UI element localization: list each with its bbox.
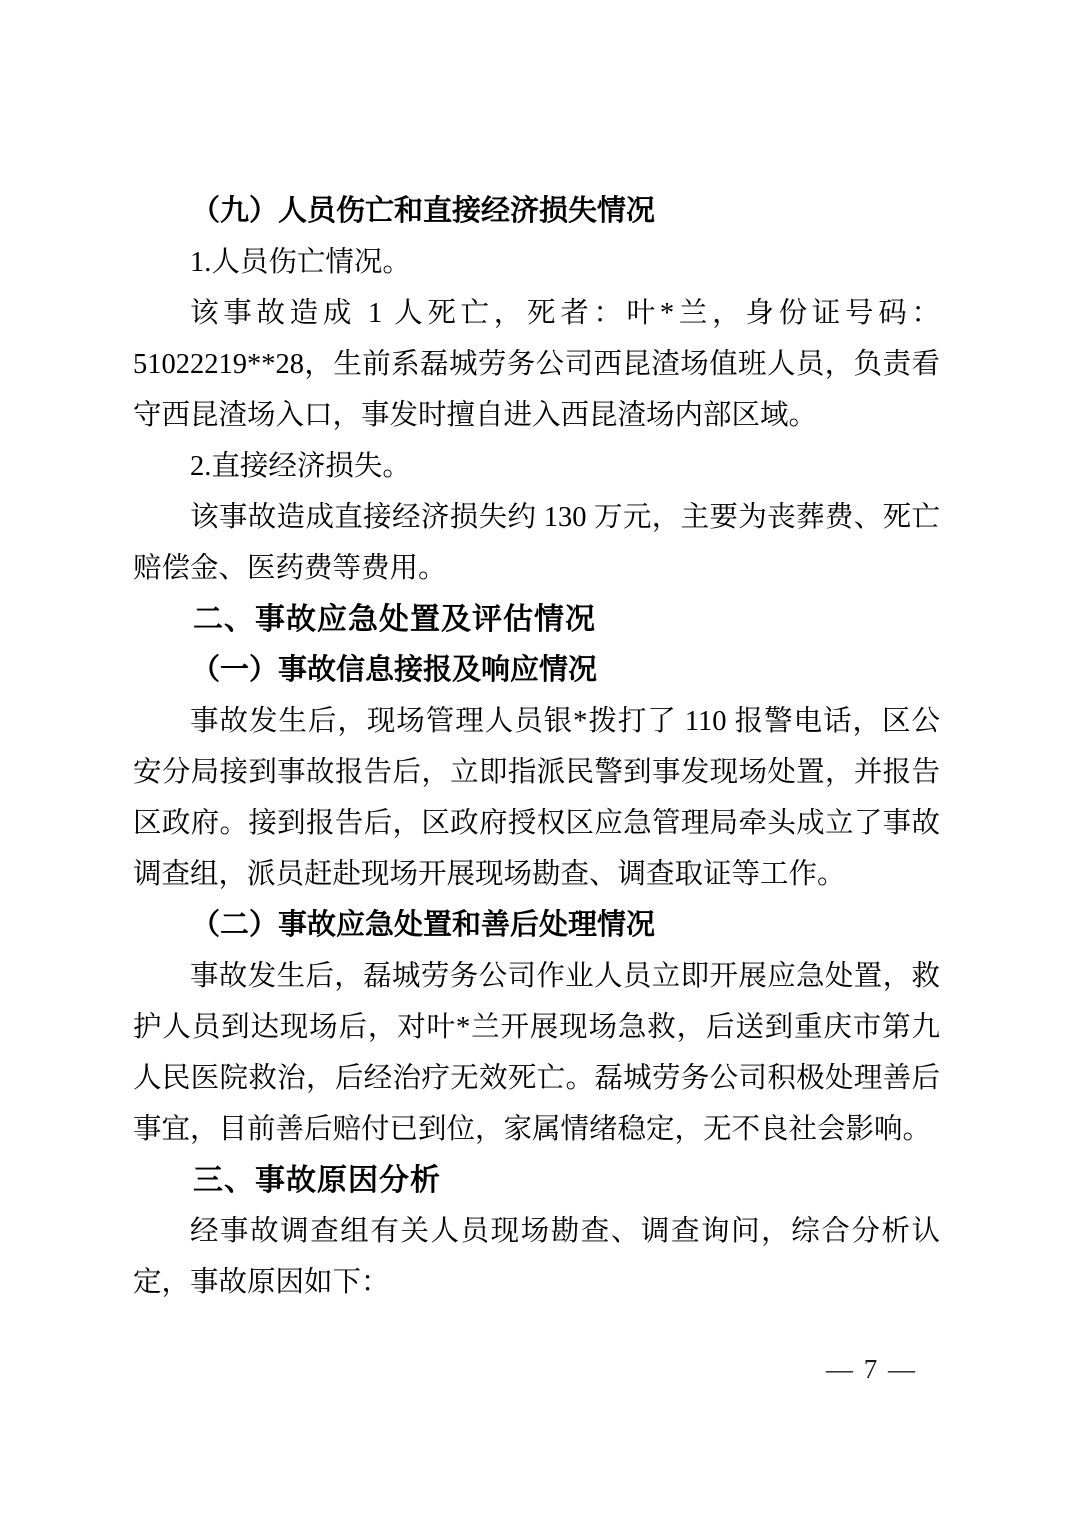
document-content: （九）人员伤亡和直接经济损失情况1.人员伤亡情况。该事故造成 1 人死亡，死者：… [133, 186, 940, 1308]
paragraph: 经事故调查组有关人员现场勘查、调查询问，综合分析认定，事故原因如下： [133, 1206, 940, 1308]
paragraph: 2.直接经济损失。 [133, 441, 940, 492]
section-heading: 三、事故原因分析 [133, 1155, 940, 1206]
paragraph: 事故发生后，现场管理人员银*拨打了 110 报警电话，区公安分局接到事故报告后，… [133, 696, 940, 900]
section-heading: 二、事故应急处置及评估情况 [133, 594, 940, 645]
section-heading: （二）事故应急处置和善后处理情况 [133, 900, 940, 951]
section-heading: （一）事故信息接报及响应情况 [133, 645, 940, 696]
paragraph: 1.人员伤亡情况。 [133, 237, 940, 288]
page-footer: — 7 — [826, 1352, 917, 1386]
document-page: （九）人员伤亡和直接经济损失情况1.人员伤亡情况。该事故造成 1 人死亡，死者：… [0, 0, 1074, 1520]
paragraph: 事故发生后，磊城劳务公司作业人员立即开展应急处置，救护人员到达现场后，对叶*兰开… [133, 951, 940, 1155]
paragraph: 该事故造成 1 人死亡，死者：叶*兰，身份证号码：51022219**28，生前… [133, 288, 940, 441]
paragraph: 该事故造成直接经济损失约 130 万元，主要为丧葬费、死亡赔偿金、医药费等费用。 [133, 492, 940, 594]
section-heading: （九）人员伤亡和直接经济损失情况 [133, 186, 940, 237]
page-number: — 7 — [826, 1354, 917, 1384]
